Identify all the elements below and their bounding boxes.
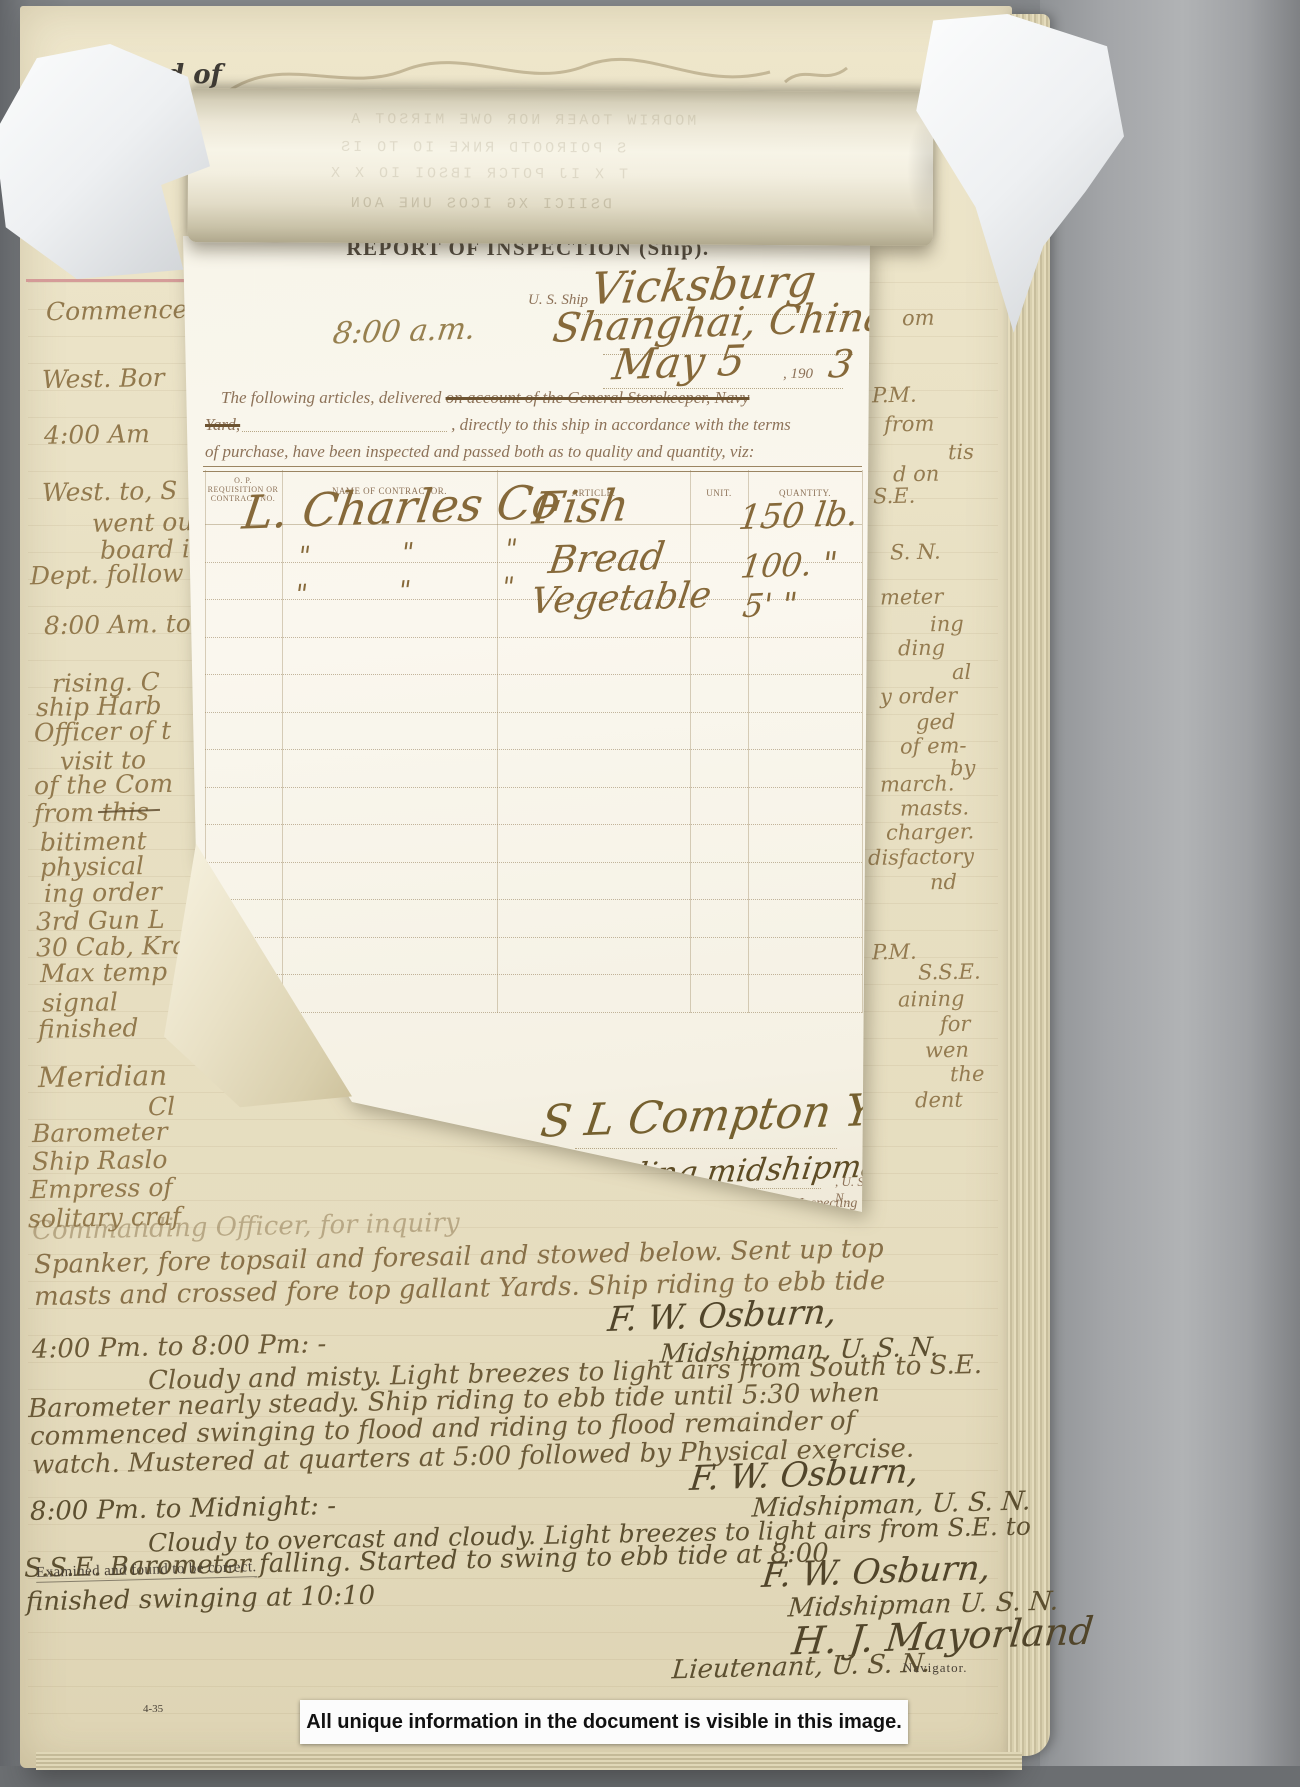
row3-article: Vegetable bbox=[528, 575, 714, 623]
row1-contractor: L. Charles Co bbox=[239, 474, 564, 539]
ledger-fragment: nd bbox=[930, 870, 957, 894]
row2-quantity: 100. " bbox=[738, 544, 839, 586]
ledger-fragment: S.S.E. bbox=[918, 959, 981, 984]
table-header: Unit. bbox=[690, 488, 748, 498]
ledger-fragment: P.M. bbox=[872, 383, 917, 408]
table-column-line bbox=[690, 470, 691, 1013]
signature: F. W. Osburn, bbox=[606, 1292, 839, 1340]
date-year-digit: 3 bbox=[826, 341, 856, 386]
ledger-fragment: Barometer bbox=[32, 1117, 168, 1148]
dotted-blank bbox=[242, 419, 447, 432]
para-text: , directly to this ship in accordance wi… bbox=[451, 415, 791, 434]
ledger-fragment: Ship Raslo bbox=[32, 1145, 168, 1176]
ledger-fragment: y order bbox=[880, 683, 958, 708]
ledger-fragment: ing bbox=[930, 612, 964, 637]
dotted-rule bbox=[535, 1188, 821, 1189]
date-handwritten: May 5 bbox=[610, 336, 749, 390]
ledger-fragment: aining bbox=[898, 986, 965, 1011]
row1-article: Fish bbox=[529, 480, 632, 535]
ghost-mirrored-text: S POIROOTD RNKE IO TO IS bbox=[338, 139, 626, 158]
rolled-paper: MODRIW TOAER NOR OWE MIRSOT A S POIROOTD… bbox=[188, 88, 934, 246]
form-paragraph-line3: of purchase, have been inspected and pas… bbox=[205, 442, 754, 462]
ledger-fragment: finished bbox=[38, 1013, 139, 1044]
form-paragraph-line1: The following articles, delivered on acc… bbox=[221, 388, 749, 408]
ledger-fragment: al bbox=[952, 660, 972, 684]
form-paragraph-line2: Yard,, directly to this ship in accordan… bbox=[205, 415, 791, 435]
ledger-fragment: charger. bbox=[886, 819, 975, 845]
ledger-fragment: 8:00 Am. to bbox=[44, 609, 191, 641]
ledger-fragment: tis bbox=[948, 440, 974, 464]
ledger-fragment: from bbox=[884, 412, 935, 437]
annotation-label: All unique information in the document i… bbox=[300, 1700, 908, 1744]
ledger-fragment: ding bbox=[898, 636, 946, 661]
ledger-fragment: Officer of t bbox=[34, 716, 172, 747]
ledger-fragment: meter bbox=[880, 584, 944, 609]
para-struck-text: on account of the General Storekeeper, N… bbox=[446, 388, 750, 407]
row3-quantity: 5' " bbox=[740, 585, 799, 625]
ledger-fragment: S.E. bbox=[873, 484, 916, 509]
row2-article: Bread bbox=[546, 534, 668, 582]
ledger-fragment: S. N. bbox=[890, 540, 941, 565]
table-column-line bbox=[282, 470, 283, 1013]
ledger-fragment: march. bbox=[880, 771, 955, 796]
ledger-fragment: 4:00 Am bbox=[44, 419, 150, 450]
ledger-fragment: of the Com bbox=[34, 769, 174, 800]
ledger-fragment: Max temp bbox=[40, 957, 168, 988]
row1-quantity: 150 lb. bbox=[736, 494, 861, 538]
ledger-fragment: dent bbox=[915, 1088, 963, 1113]
ledger-fragment: West. to, S bbox=[42, 476, 178, 507]
ledger-fragment: of em- bbox=[900, 733, 967, 758]
ledger-fragment: Empress of bbox=[30, 1173, 173, 1204]
ledger-fragment: ged bbox=[916, 710, 956, 735]
ledger-fragment: for bbox=[940, 1012, 971, 1037]
backdrop-right bbox=[1040, 0, 1300, 1787]
ledger-fragment: wen bbox=[925, 1038, 969, 1063]
annotation-label-text: All unique information in the document i… bbox=[306, 1711, 902, 1734]
ledger-fragment: ing order bbox=[44, 877, 162, 908]
form-number: 4-35 bbox=[143, 1703, 163, 1715]
log-line: 4:00 Pm. to 8:00 Pm: - bbox=[32, 1329, 327, 1365]
ledger-red-margin-line bbox=[26, 279, 186, 282]
table-top-rule bbox=[203, 466, 862, 472]
ledger-fragment: om bbox=[902, 306, 935, 331]
ledger-fragment: the bbox=[950, 1062, 985, 1087]
ledger-fragment: West. Bor bbox=[42, 363, 165, 394]
page-stack-edge-bottom bbox=[36, 1752, 1022, 1770]
ledger-fragment: masts. bbox=[900, 795, 970, 820]
log-line: 8:00 Pm. to Midnight: - bbox=[30, 1491, 337, 1527]
ghost-mirrored-text: MODRIW TOAER NOR OWE MIRSOT A bbox=[348, 111, 696, 130]
photo-of-logbook: d of Commence West. Bor 4:00 Am West. to… bbox=[0, 0, 1300, 1787]
ledger-fragment: Meridian bbox=[38, 1059, 168, 1094]
ledger-fragment: disfactory bbox=[868, 844, 974, 870]
ledger-fragment: Commence bbox=[46, 295, 188, 326]
ghost-mirrored-text: DSIICI XG ICOS UNE AON bbox=[348, 195, 612, 213]
ledger-fragment: d on bbox=[893, 462, 940, 487]
ghost-mirrored-text: T X IJ POTCR IBSOI IO X X bbox=[328, 165, 628, 184]
ledger-fragment: from this bbox=[34, 797, 149, 828]
date-printed-suffix: , 190 bbox=[783, 366, 813, 383]
para-struck-text: Yard, bbox=[205, 415, 240, 434]
ledger-fragment: P.M. bbox=[872, 940, 917, 965]
ledger-fragment: went ou bbox=[92, 507, 194, 538]
ledger-fragment: Dept. follow bbox=[30, 559, 184, 591]
table-column-line bbox=[862, 470, 863, 1013]
navigator-print: Navigator. bbox=[903, 1660, 968, 1676]
para-text: The following articles, delivered bbox=[221, 388, 441, 407]
dotted-rule bbox=[575, 1148, 837, 1149]
time-note-handwritten: 8:00 a.m. bbox=[331, 311, 478, 351]
